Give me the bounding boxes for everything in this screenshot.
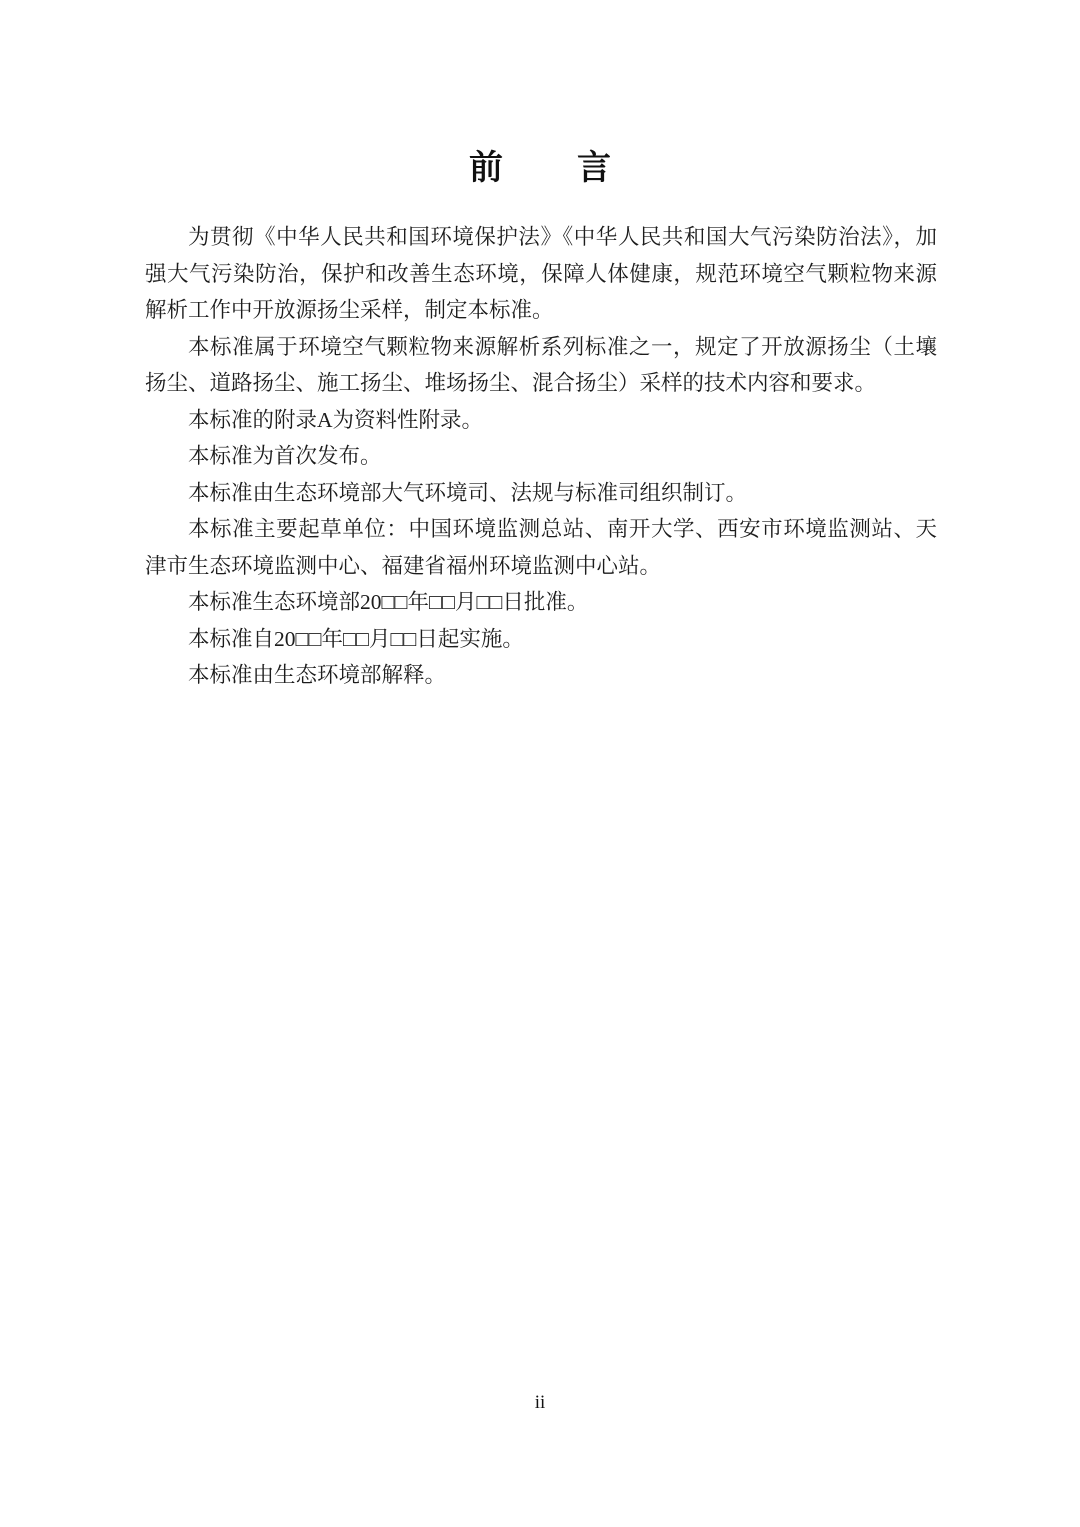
page-title: 前 言: [145, 140, 937, 189]
paragraph: 本标准自20□□年□□月□□日起实施。: [145, 621, 937, 658]
foreword-body: 为贯彻《中华人民共和国环境保护法》《中华人民共和国大气污染防治法》，加强大气污染…: [145, 219, 937, 694]
paragraph: 本标准属于环境空气颗粒物来源解析系列标准之一，规定了开放源扬尘（土壤扬尘、道路扬…: [145, 329, 937, 402]
page-content: 前 言 为贯彻《中华人民共和国环境保护法》《中华人民共和国大气污染防治法》，加强…: [145, 140, 937, 694]
paragraph: 本标准主要起草单位：中国环境监测总站、南开大学、西安市环境监测站、天津市生态环境…: [145, 511, 937, 584]
paragraph: 本标准的附录A为资料性附录。: [145, 402, 937, 439]
paragraph: 本标准由生态环境部解释。: [145, 657, 937, 694]
paragraph: 本标准生态环境部20□□年□□月□□日批准。: [145, 584, 937, 621]
document-page: 前 言 为贯彻《中华人民共和国环境保护法》《中华人民共和国大气污染防治法》，加强…: [0, 0, 1080, 1527]
paragraph: 本标准由生态环境部大气环境司、法规与标准司组织制订。: [145, 475, 937, 512]
paragraph: 为贯彻《中华人民共和国环境保护法》《中华人民共和国大气污染防治法》，加强大气污染…: [145, 219, 937, 329]
paragraph: 本标准为首次发布。: [145, 438, 937, 475]
page-number: ii: [0, 1392, 1080, 1414]
